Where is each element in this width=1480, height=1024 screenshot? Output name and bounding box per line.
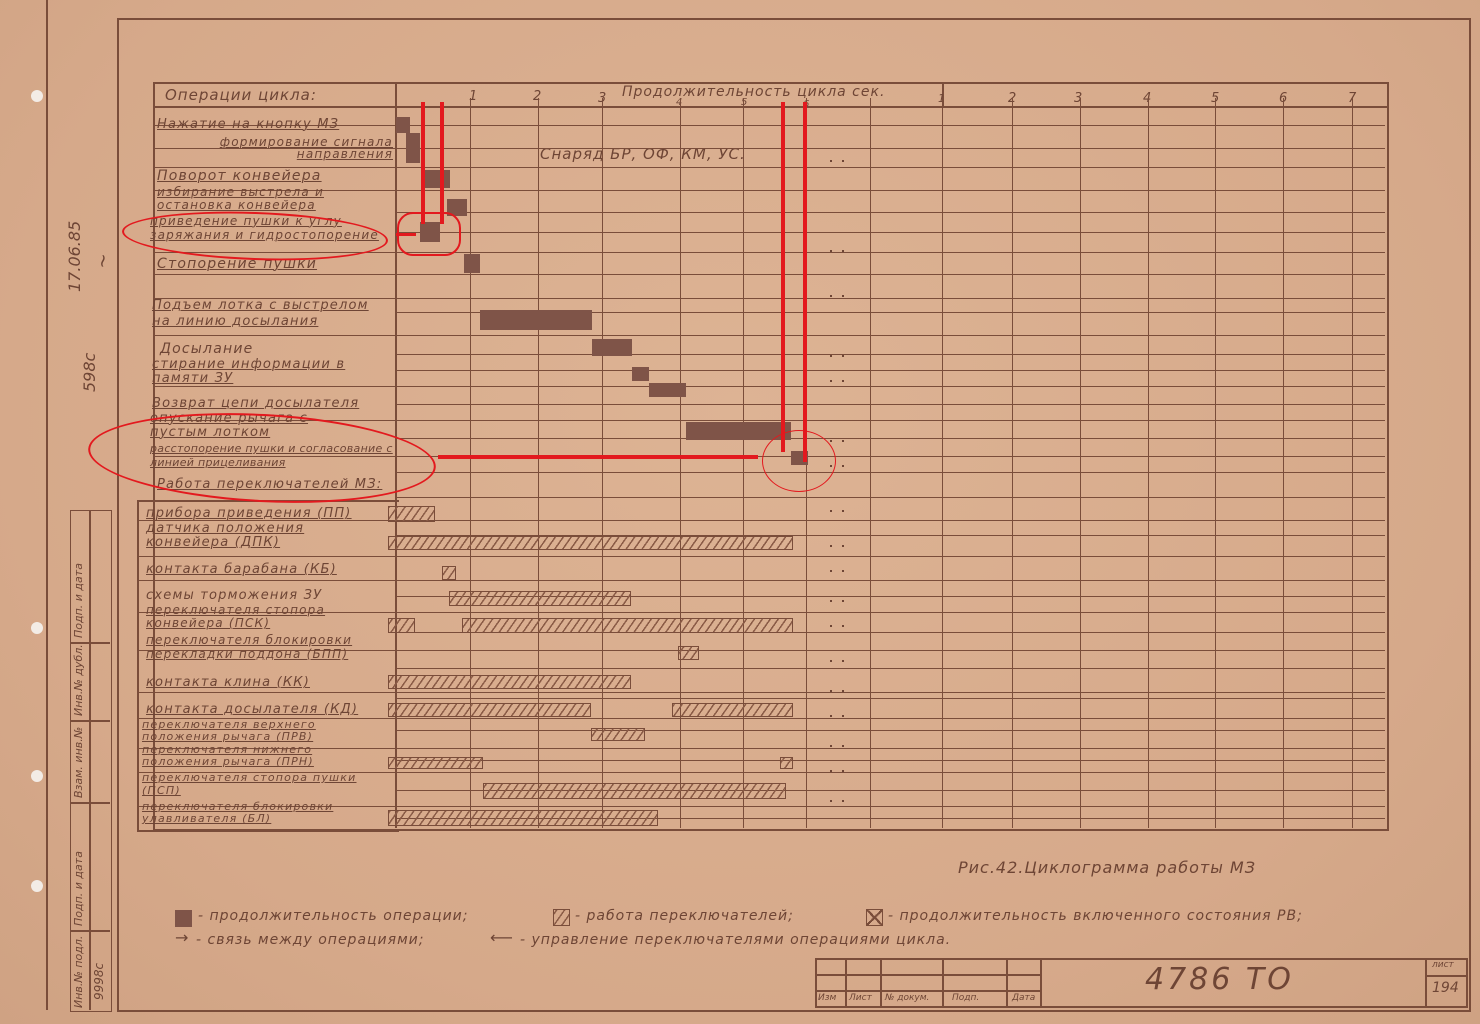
switch-interval xyxy=(388,618,415,633)
grid-line-horizontal xyxy=(397,580,1385,581)
switch-label: датчика положения конвейера (ДПК) xyxy=(146,522,386,550)
grid-line-horizontal xyxy=(397,148,1385,149)
continuation-dot xyxy=(830,690,832,692)
operation-bar xyxy=(649,383,686,397)
switch-interval xyxy=(442,566,456,580)
grid-line-horizontal xyxy=(397,190,1385,191)
red-highlight-circle xyxy=(762,430,836,492)
operation-bar xyxy=(464,254,481,273)
grid-line-horizontal xyxy=(397,386,1385,387)
header-divider xyxy=(153,106,1387,108)
continuation-dot xyxy=(842,465,844,467)
grid-line-horizontal xyxy=(397,556,1385,557)
switch-label: прибора приведения (ПП) xyxy=(146,506,352,521)
grid-line-horizontal xyxy=(397,420,1385,421)
handwritten-number: 598с xyxy=(80,353,99,392)
continuation-dot xyxy=(830,545,832,547)
legend-text: - управление переключателями операциями … xyxy=(520,932,951,948)
title-block-header: Изм xyxy=(818,993,836,1003)
switch-interval xyxy=(388,703,591,717)
title-block-divider xyxy=(845,958,847,1008)
title-block-header: Подп. xyxy=(952,993,979,1003)
switch-interval xyxy=(591,728,645,741)
continuation-dot xyxy=(842,355,844,357)
continuation-dot xyxy=(830,295,832,297)
side-stamp-value: 9998с xyxy=(92,963,106,1000)
grid-line-horizontal xyxy=(137,692,397,693)
grid-line-horizontal xyxy=(397,370,1385,371)
continuation-dot xyxy=(842,770,844,772)
continuation-dot xyxy=(842,160,844,162)
legend-text: - работа переключателей; xyxy=(575,908,794,924)
title-block-divider xyxy=(1040,958,1042,1008)
red-marker-line xyxy=(803,102,807,462)
switch-interval xyxy=(388,506,435,522)
title-block-header: № докум. xyxy=(885,993,929,1003)
operation-bar xyxy=(396,117,410,133)
continuation-dot xyxy=(830,770,832,772)
side-stamp-label: Инв.№ дубл. xyxy=(72,644,85,716)
red-marker-line xyxy=(421,102,425,224)
continuation-dot xyxy=(842,715,844,717)
switch-interval xyxy=(388,675,631,689)
margin-line xyxy=(46,0,48,1010)
title-block-divider xyxy=(942,958,944,1008)
grid-line-horizontal xyxy=(153,386,397,387)
continuation-dot xyxy=(842,660,844,662)
side-stamp-divider xyxy=(89,510,91,1010)
switch-label: переключателя блокировки перекладки подд… xyxy=(146,633,386,661)
grid-line-horizontal xyxy=(137,556,397,557)
red-marker-line xyxy=(781,102,785,452)
side-stamp-divider xyxy=(70,802,110,804)
operation-label: Возврат цепи досылателя xyxy=(152,396,359,411)
switch-label: контакта досылателя (КД) xyxy=(146,702,358,717)
side-stamp-label: Подп. и дата xyxy=(72,851,85,926)
operation-label: Подъем лотка с выстрелом на линию досыла… xyxy=(152,298,392,330)
grid-line-horizontal xyxy=(397,335,1385,336)
continuation-dot xyxy=(842,295,844,297)
signature: ~ xyxy=(91,251,114,270)
continuation-dot xyxy=(830,745,832,747)
operation-bar xyxy=(632,367,649,381)
side-stamp-divider xyxy=(70,720,110,722)
title-block-divider xyxy=(1425,975,1468,977)
continuation-dot xyxy=(842,510,844,512)
switch-label: контакта барабана (КБ) xyxy=(146,562,337,577)
continuation-dot xyxy=(842,625,844,627)
grid-line-horizontal xyxy=(397,772,1385,773)
figure-caption: Рис.42.Циклограмма работы МЗ xyxy=(958,858,1256,877)
red-connector xyxy=(438,455,758,459)
switch-interval xyxy=(388,810,658,826)
switch-interval xyxy=(672,703,794,717)
continuation-dot xyxy=(830,625,832,627)
switch-label: переключателя блокировки улавливателя (Б… xyxy=(142,801,387,825)
side-stamp-label: Подп. и дата xyxy=(72,563,85,638)
grid-line-horizontal xyxy=(397,612,1385,613)
side-stamp-label: Инв.№ подл. xyxy=(72,936,85,1008)
continuation-dot xyxy=(830,250,832,252)
grid-line-horizontal xyxy=(397,650,1385,651)
grid-line-horizontal xyxy=(397,806,1385,807)
continuation-dot xyxy=(842,440,844,442)
operation-label: формирование сигнала направления xyxy=(157,136,393,160)
arrow-icon: → xyxy=(175,928,189,947)
grid-line-horizontal xyxy=(397,167,1385,168)
grid-line-horizontal xyxy=(397,668,1385,669)
handwritten-date: 17.06.85 xyxy=(65,221,84,292)
legend-text: - продолжительность операции; xyxy=(198,908,469,924)
continuation-dot xyxy=(830,440,832,442)
grid-line-horizontal xyxy=(397,520,1385,521)
continuation-dot xyxy=(830,355,832,357)
side-stamp-divider xyxy=(70,930,110,932)
grid-line-horizontal xyxy=(397,252,1385,253)
title-block-header: Лист xyxy=(849,993,872,1003)
binder-hole xyxy=(31,622,43,634)
switch-interval xyxy=(388,757,483,769)
continuation-dot xyxy=(842,545,844,547)
operation-label: стирание информации в памяти ЗУ xyxy=(152,358,392,386)
continuation-dot xyxy=(842,745,844,747)
continuation-dot xyxy=(830,600,832,602)
sheet-number: 194 xyxy=(1432,980,1459,996)
operations-header: Операции цикла: xyxy=(165,86,317,104)
operation-label: Нажатие на кнопку МЗ xyxy=(157,117,339,132)
operation-bar xyxy=(406,133,420,163)
grid-line-horizontal xyxy=(397,212,1385,213)
grid-line-horizontal xyxy=(397,748,1385,749)
grid-line-horizontal xyxy=(397,274,1385,275)
title-block-divider xyxy=(1425,958,1427,1008)
continuation-dot xyxy=(830,570,832,572)
title-block-header: Дата xyxy=(1012,993,1035,1003)
operation-bar xyxy=(480,310,591,330)
document-code: 4786 ТО xyxy=(1145,962,1294,997)
duration-header: Продолжительность цикла сек. xyxy=(622,84,885,100)
legend-crossed-swatch xyxy=(866,909,883,926)
operation-label: избирание выстрела и остановка конвейера xyxy=(157,186,387,212)
switch-interval xyxy=(780,757,794,769)
control-arrow-icon: ⟵ xyxy=(490,928,514,947)
legend-text: - продолжительность включенного состояни… xyxy=(888,908,1303,924)
red-marker-line xyxy=(440,102,444,224)
binder-hole xyxy=(31,90,43,102)
grid-line-horizontal xyxy=(397,472,1385,473)
switch-interval xyxy=(483,783,787,799)
continuation-dot xyxy=(842,380,844,382)
grid-line-horizontal xyxy=(397,232,1385,233)
switch-label: переключателя нижнего положения рычага (… xyxy=(142,744,387,768)
continuation-dot xyxy=(830,160,832,162)
grid-line-horizontal xyxy=(397,730,1385,731)
grid-line-horizontal xyxy=(397,438,1385,439)
grid-line-horizontal xyxy=(397,698,1385,699)
continuation-dot xyxy=(842,570,844,572)
operation-bar xyxy=(423,170,450,188)
operation-label: Поворот конвейера xyxy=(157,168,322,184)
grid-line-horizontal xyxy=(397,760,1385,761)
tick-label: 3 xyxy=(1074,91,1083,106)
legend-solid-swatch xyxy=(175,910,192,927)
switch-label: переключателя стопора пушки (ПСП) xyxy=(142,771,387,797)
binder-hole xyxy=(31,770,43,782)
continuation-dot xyxy=(842,250,844,252)
title-block-divider xyxy=(1006,958,1008,1008)
grid-line-horizontal xyxy=(153,335,397,336)
switch-label: контакта клина (КК) xyxy=(146,675,310,690)
switch-interval xyxy=(678,646,698,660)
switch-interval xyxy=(462,618,793,633)
continuation-dot xyxy=(830,715,832,717)
grid-line-horizontal xyxy=(153,274,397,275)
grid-line-horizontal xyxy=(397,692,1385,693)
legend-hatch-swatch xyxy=(553,909,570,926)
grid-line-horizontal xyxy=(397,718,1385,719)
legend-text: - связь между операциями; xyxy=(196,932,424,948)
continuation-dot xyxy=(842,800,844,802)
continuation-dot xyxy=(842,690,844,692)
grid-line-horizontal xyxy=(137,580,397,581)
grid-line-horizontal xyxy=(397,404,1385,405)
side-stamp-label: Взам. инв.№ xyxy=(72,727,85,798)
continuation-dot xyxy=(830,510,832,512)
switch-label: переключателя верхнего положения рычага … xyxy=(142,719,387,743)
switch-label: схемы торможения ЗУ xyxy=(146,588,322,603)
title-block-divider xyxy=(880,958,882,1008)
grid-line-horizontal xyxy=(397,497,1385,498)
grid-line-horizontal xyxy=(397,354,1385,355)
grid-line-horizontal xyxy=(397,298,1385,299)
switch-interval xyxy=(449,591,631,606)
operation-label: Досылание xyxy=(160,341,253,357)
operation-bar xyxy=(592,339,633,356)
switch-interval xyxy=(388,536,793,550)
switch-label: переключателя стопора конвейера (ПСК) xyxy=(146,604,386,630)
continuation-dot xyxy=(842,600,844,602)
continuation-dot xyxy=(830,800,832,802)
grid-line-horizontal xyxy=(397,125,1385,126)
continuation-dot xyxy=(830,660,832,662)
continuation-dot xyxy=(830,380,832,382)
red-connector xyxy=(396,233,416,236)
binder-hole xyxy=(31,880,43,892)
sheet-label: лист xyxy=(1432,960,1454,970)
